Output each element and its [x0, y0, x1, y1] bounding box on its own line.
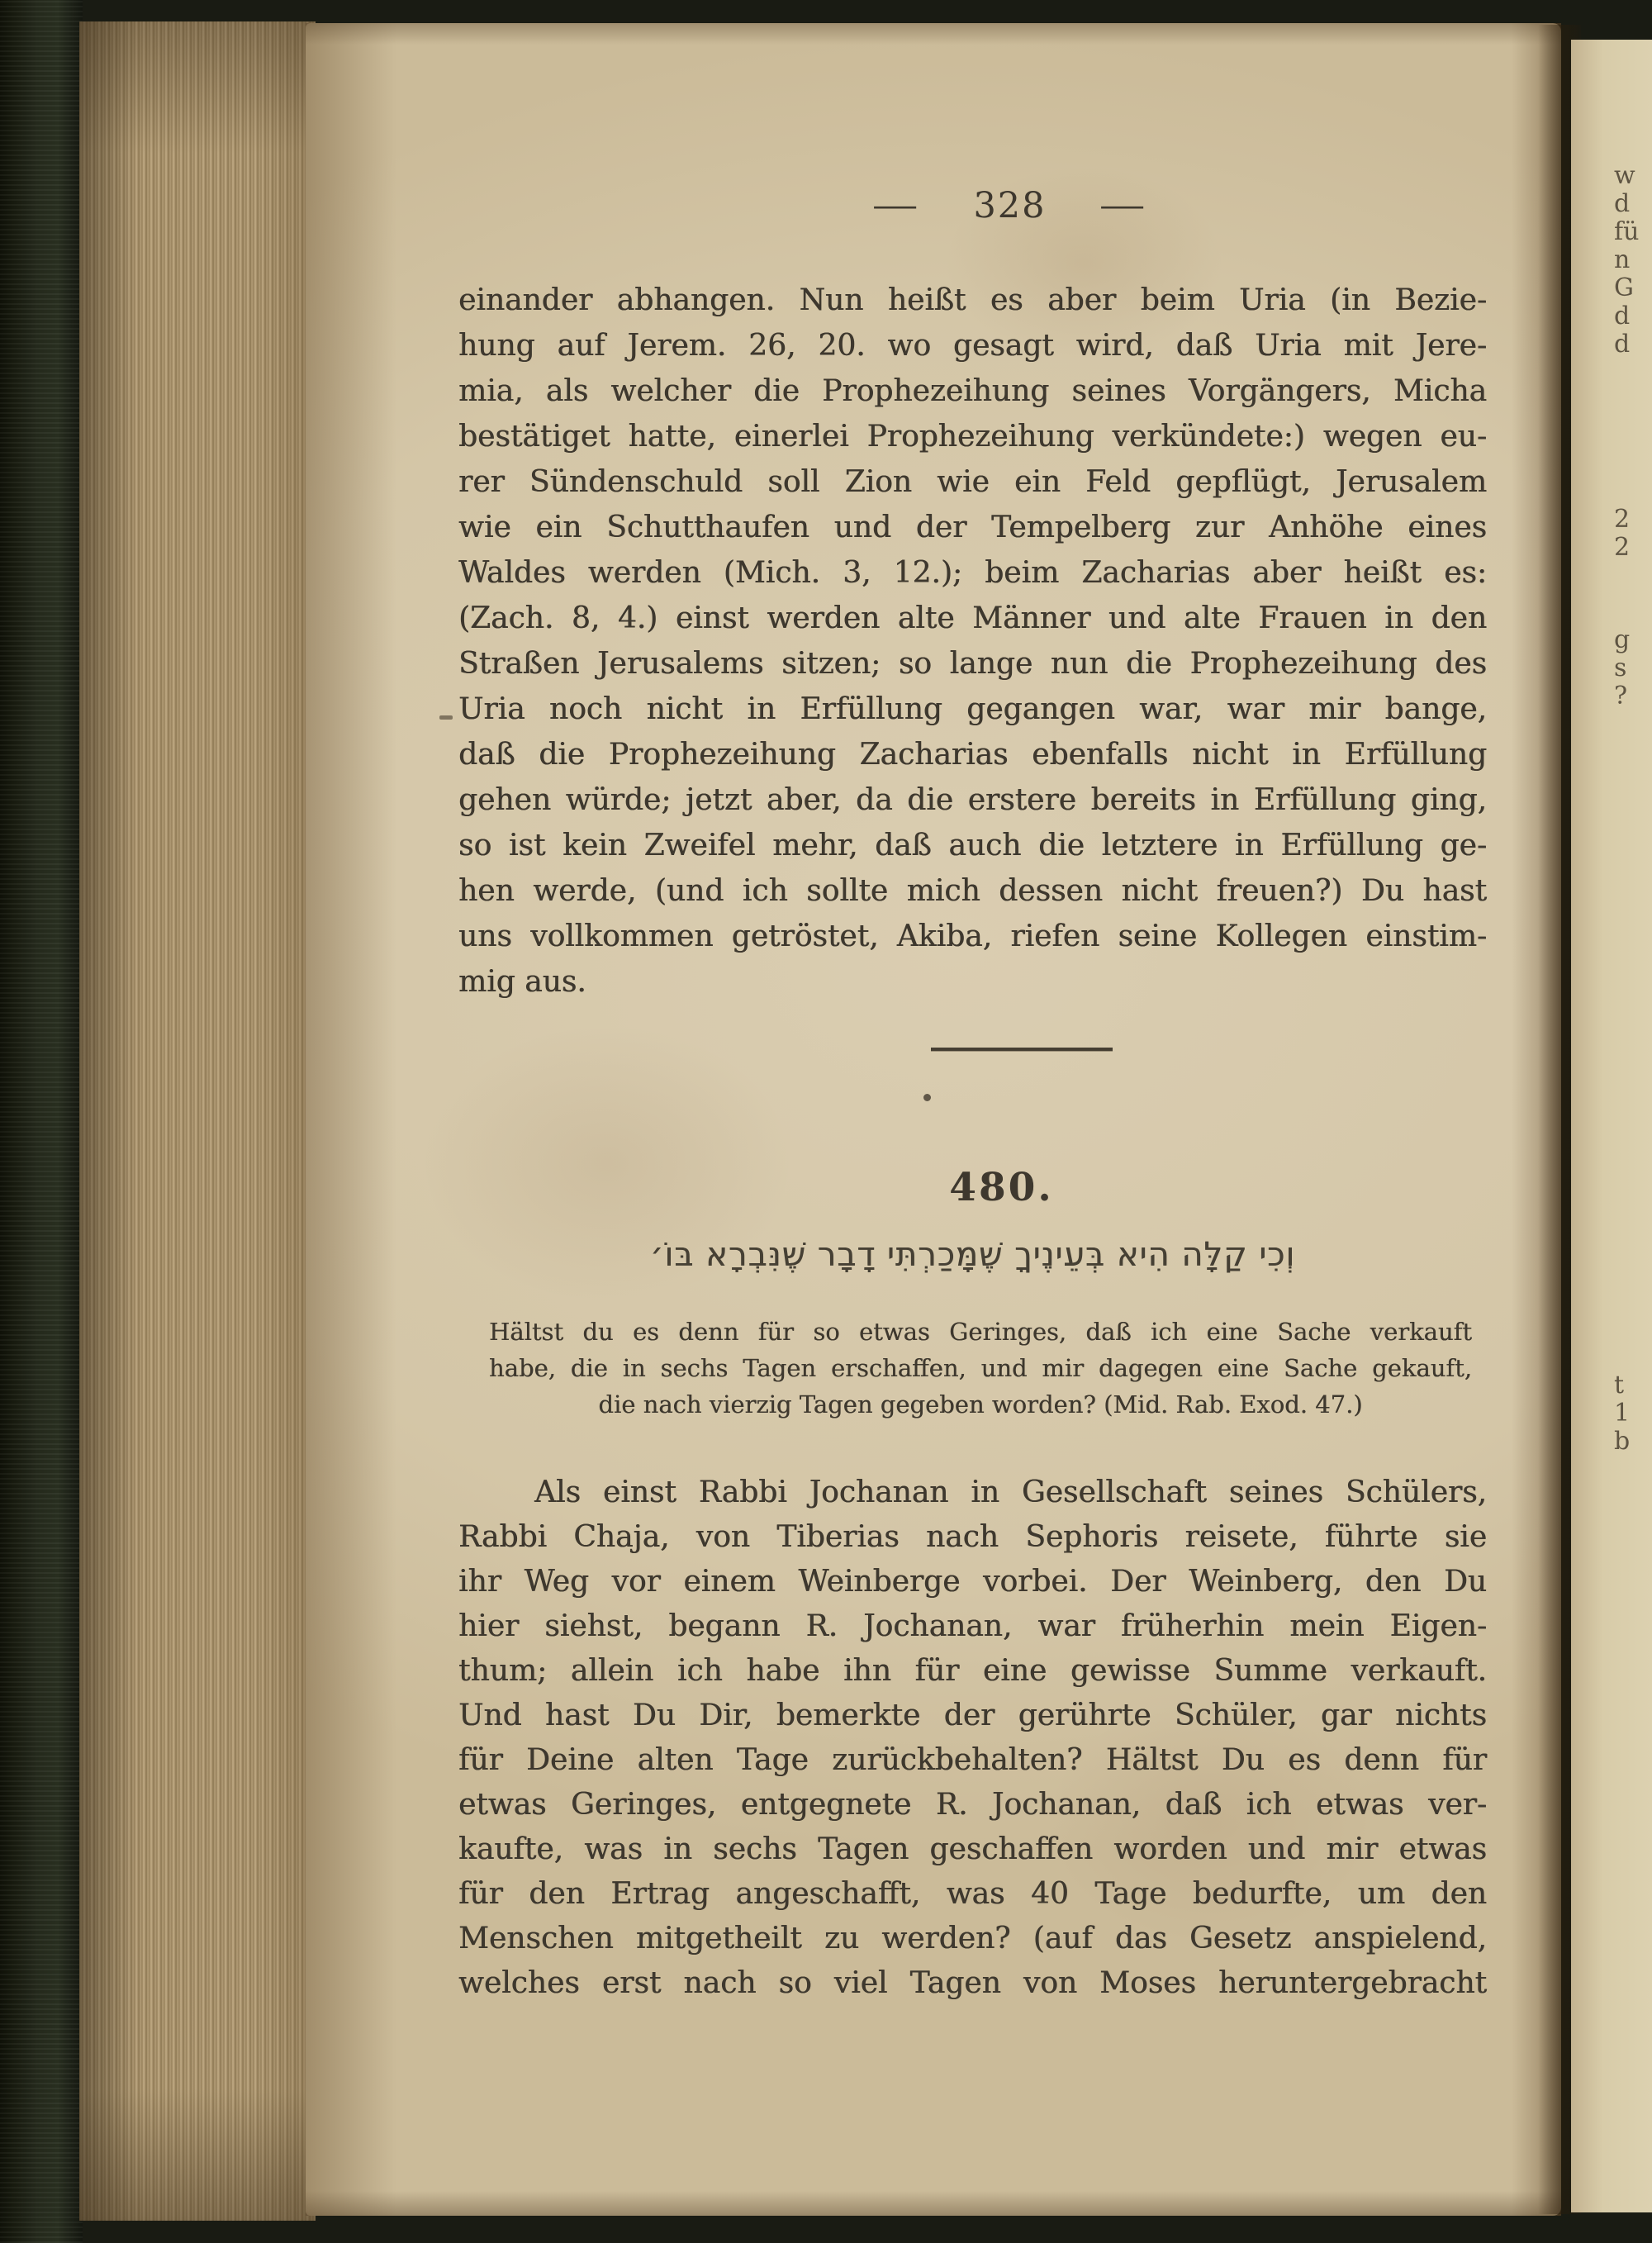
text-line: gehen würde; jetzt aber, da die erstere … [458, 777, 1487, 823]
text-line: thum; allein ich habe ihn für eine gewis… [458, 1649, 1487, 1694]
text-line: Rabbi Chaja, von Tiberias nach Sephoris … [458, 1515, 1487, 1560]
page-edges-stack [79, 21, 316, 2221]
book-page: — 328 — einander abhangen. Nun heißt es … [306, 23, 1561, 2216]
ink-spot [923, 1094, 931, 1101]
text-line: hier siehst, begann R. Jochanan, war frü… [458, 1604, 1487, 1649]
cut-off-text: fü [1614, 218, 1652, 246]
cut-off-text: b [1614, 1428, 1652, 1456]
epigraph-line: Hältst du es denn für so etwas Geringes,… [489, 1314, 1472, 1350]
print-smudge [439, 715, 453, 720]
cut-off-text: d [1614, 330, 1652, 359]
text-line: wie ein Schutthaufen und der Tempelberg … [458, 505, 1487, 550]
text-line: für den Ertrag angeschafft, was 40 Tage … [458, 1872, 1487, 1917]
text-line: ihr Weg vor einem Weinberge vorbei. Der … [458, 1560, 1487, 1604]
text-line: mia, als welcher die Prophezeihung seine… [458, 368, 1487, 414]
text-line: Straßen Jerusalems sitzen; so lange nun … [458, 641, 1487, 687]
text-line: Menschen mitgetheilt zu werden? (auf das… [458, 1917, 1487, 1961]
text-line: so ist kein Zweifel mehr, daß auch die l… [458, 823, 1487, 868]
section-number: 480. [458, 1165, 1487, 1210]
cut-off-text: s [1614, 654, 1652, 682]
cut-off-text: n [1614, 246, 1652, 274]
cut-off-text: g [1614, 626, 1652, 654]
text-line: etwas Geringes, entgegnete R. Jochanan, … [458, 1783, 1487, 1827]
text-line: kaufte, was in sechs Tagen geschaffen wo… [458, 1827, 1487, 1872]
story-paragraph: Als einst Rabbi Jochanan in Gesellschaft… [458, 1471, 1487, 2006]
text-line: Waldes werden (Mich. 3, 12.); beim Zacha… [458, 550, 1487, 596]
text-line: hen werde, (und ich sollte mich dessen n… [458, 868, 1487, 914]
epigraph: Hältst du es denn für so etwas Geringes,… [489, 1314, 1472, 1423]
text-line: (Zach. 8, 4.) einst werden alte Männer u… [458, 596, 1487, 641]
text-line: für Deine alten Tage zurückbehalten? Häl… [458, 1738, 1487, 1783]
epigraph-line: habe, die in sechs Tagen erschaffen, und… [489, 1350, 1472, 1386]
book-photo: { "page_number": { "left_dash": "—", "va… [0, 0, 1652, 2243]
page-shadow-left [306, 23, 396, 2216]
section-divider [931, 1048, 1113, 1051]
text-line: uns vollkommen getröstet, Akiba, riefen … [458, 914, 1487, 959]
page-shadow-bottom [306, 2191, 1561, 2216]
text-line: rer Sündenschuld soll Zion wie ein Feld … [458, 459, 1487, 505]
cut-off-text: 2 [1614, 534, 1652, 562]
text-line: einander abhangen. Nun heißt es aber bei… [458, 278, 1487, 323]
page-number: — 328 — [496, 185, 1524, 226]
page-number-value: 328 [973, 185, 1046, 226]
cut-off-text: 1 [1614, 1399, 1652, 1428]
cut-off-text: d [1614, 302, 1652, 330]
hebrew-quote: וְכִי קַלָּה הִיא בְּעֵינֶיךָ שֶׁמָּכַרְ… [458, 1236, 1487, 1274]
page-shadow-top [306, 23, 1561, 45]
cut-off-text: w [1614, 162, 1652, 190]
cut-off-text: G [1614, 274, 1652, 302]
epigraph-line: die nach vierzig Tagen gegeben worden? (… [489, 1386, 1472, 1423]
book-cover-edge [0, 0, 83, 2243]
text-line: Uria noch nicht in Erfüllung gegangen wa… [458, 687, 1487, 732]
text-line: mig aus. [458, 959, 1487, 1005]
text-line: daß die Prophezeihung Zacharias ebenfall… [458, 732, 1487, 777]
text-line: Als einst Rabbi Jochanan in Gesellschaft… [458, 1471, 1487, 1515]
next-page-sliver: wdfünGdd22gs?t1b [1571, 40, 1652, 2212]
text-line: welches erst nach so viel Tagen von Mose… [458, 1961, 1487, 2006]
text-line: Und hast Du Dir, bemerkte der gerührte S… [458, 1694, 1487, 1738]
text-line: hung auf Jerem. 26, 20. wo gesagt wird, … [458, 323, 1487, 368]
cut-off-text: d [1614, 190, 1652, 218]
cut-off-text: t [1614, 1371, 1652, 1399]
paragraph-continuation: einander abhangen. Nun heißt es aber bei… [458, 278, 1487, 1005]
cut-off-text: 2 [1614, 506, 1652, 534]
text-line: bestätiget hatte, einerlei Prophezeihung… [458, 414, 1487, 459]
cut-off-text: ? [1614, 682, 1652, 710]
page-number-right-dash: — [1099, 187, 1147, 225]
page-number-left-dash: — [872, 187, 921, 225]
